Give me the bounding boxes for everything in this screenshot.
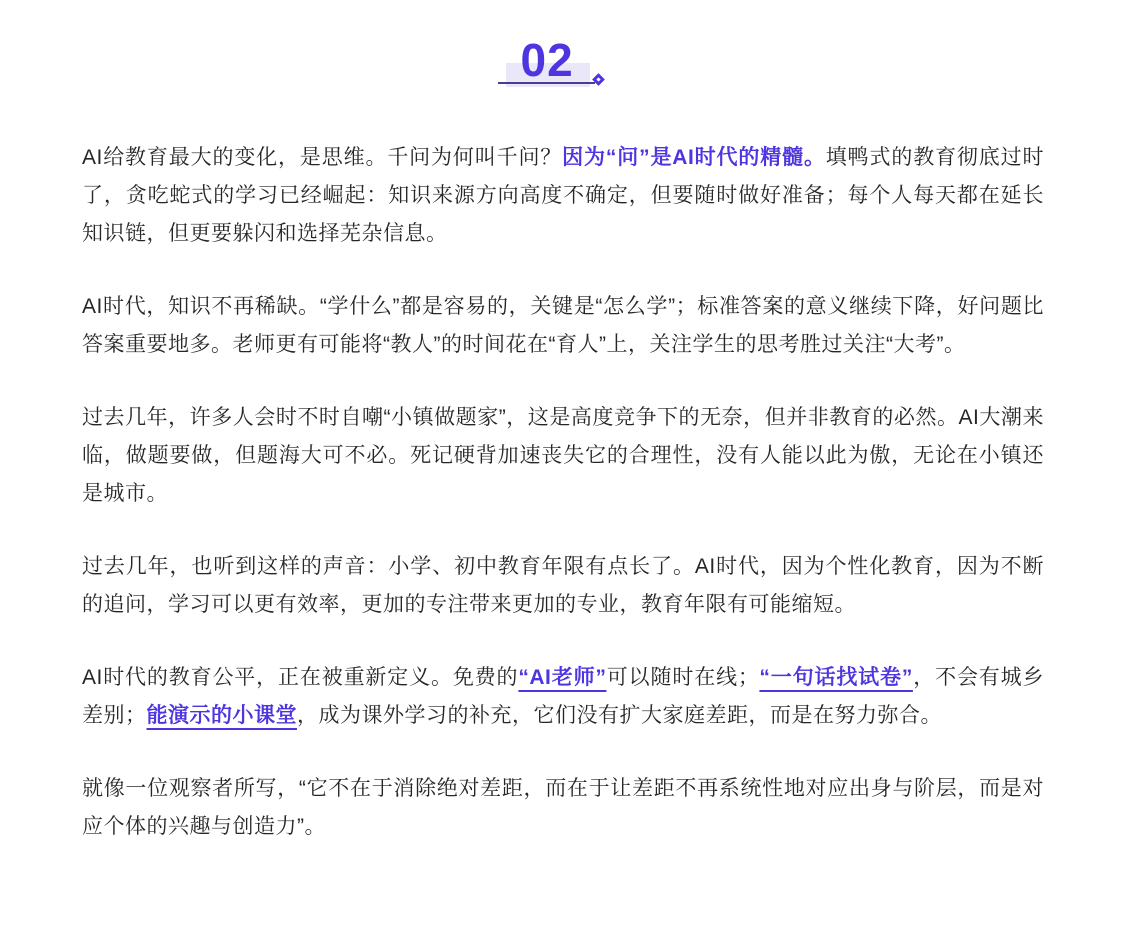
- body-text: AI时代，知识不再稀缺。“学什么”都是容易的，关键是“怎么学”；标准答案的意义继…: [82, 295, 1044, 356]
- section-number: 02: [521, 37, 574, 83]
- paragraph: 就像一位观察者所写，“它不在于消除绝对差距，而在于让差距不再系统性地对应出身与阶…: [82, 770, 1044, 846]
- body-text: AI时代的教育公平，正在被重新定义。免费的: [82, 666, 518, 689]
- inline-link[interactable]: 能演示的小课堂: [147, 704, 298, 727]
- paragraph: AI时代的教育公平，正在被重新定义。免费的“AI老师”可以随时在线；“一句话找试…: [82, 659, 1044, 735]
- section-header: 02: [0, 0, 1125, 93]
- body-text: 可以随时在线；: [606, 666, 759, 689]
- body-text: ，成为课外学习的补充，它们没有扩大家庭差距，而是在努力弥合。: [297, 704, 942, 727]
- section-header-box: 02: [521, 37, 575, 93]
- paragraph: 过去几年，许多人会时不时自嘲“小镇做题家”，这是高度竞争下的无奈，但并非教育的必…: [82, 399, 1044, 513]
- article-body: AI给教育最大的变化，是思维。千问为何叫千问？因为“问”是AI时代的精髓。填鸭式…: [0, 139, 1125, 846]
- paragraph: AI时代，知识不再稀缺。“学什么”都是容易的，关键是“怎么学”；标准答案的意义继…: [82, 288, 1044, 364]
- emphasis-text: 因为“问”是AI时代的精髓。: [562, 146, 826, 169]
- body-text: 过去几年，许多人会时不时自嘲“小镇做题家”，这是高度竞争下的无奈，但并非教育的必…: [82, 406, 1044, 505]
- paragraph: AI给教育最大的变化，是思维。千问为何叫千问？因为“问”是AI时代的精髓。填鸭式…: [82, 139, 1044, 253]
- inline-link[interactable]: “一句话找试卷”: [759, 666, 912, 689]
- inline-link[interactable]: “AI老师”: [518, 666, 606, 689]
- body-text: 过去几年，也听到这样的声音：小学、初中教育年限有点长了。AI时代，因为个性化教育…: [82, 555, 1044, 616]
- body-text: AI给教育最大的变化，是思维。千问为何叫千问？: [82, 146, 562, 169]
- body-text: 就像一位观察者所写，“它不在于消除绝对差距，而在于让差距不再系统性地对应出身与阶…: [82, 777, 1044, 838]
- paragraph: 过去几年，也听到这样的声音：小学、初中教育年限有点长了。AI时代，因为个性化教育…: [82, 548, 1044, 624]
